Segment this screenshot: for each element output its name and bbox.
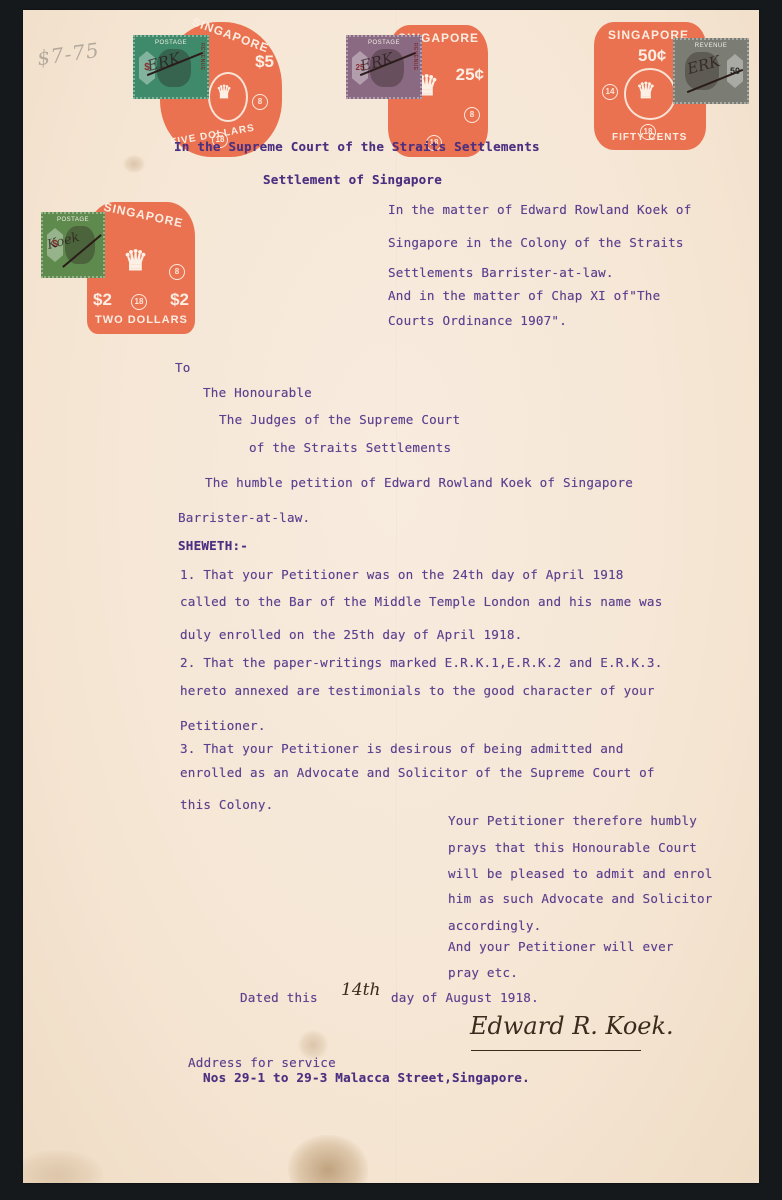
prayer-line: him as such Advocate and Solicitor [448,891,713,906]
paragraph-3-line: 3. That your Petitioner is desirous of b… [180,741,624,756]
addressee-line: of the Straits Settlements [249,440,451,455]
settlement-heading: Settlement of Singapore [263,172,442,187]
prayer-line: will be pleased to admit and enrol [448,866,713,881]
adhesive-stamp-twenty-five-cents: POSTAGE 25 ERK REVENUE [346,35,422,99]
pencil-annotation: $7-75 [36,38,101,70]
stamp-overprint: REVENUE [199,43,205,71]
stamp-overprint: REVENUE [412,43,418,71]
prayer-line: prays that this Honourable Court [448,840,697,855]
court-heading: In the Supreme Court of the Straits Sett… [174,139,540,154]
matter-line: Courts Ordinance 1907". [388,313,567,328]
petition-intro: The humble petition of Edward Rowland Ko… [205,475,633,490]
stamp-year-mark: 8 [464,107,480,123]
paragraph-1-line: duly enrolled on the 25th day of April 1… [180,627,522,642]
paragraph-1-line: called to the Bar of the Middle Temple L… [180,594,663,609]
addressee-to: To [175,360,191,375]
water-stain [288,1135,368,1183]
paragraph-2-line: Petitioner. [180,718,266,733]
stamp-denomination: 25¢ [456,65,484,85]
service-address: Nos 29-1 to 29-3 Malacca Street,Singapor… [203,1070,530,1085]
prayer-line: Your Petitioner therefore humbly [448,813,697,828]
sheweth-heading: SHEWETH:- [178,538,248,553]
stamp-bottom-text: FIFTY CENTS [612,132,687,143]
matter-line: And in the matter of Chap XI of"The [388,288,660,303]
stamp-year-mark: 18 [131,294,147,310]
dated-day-handwritten: 14th [341,980,380,1000]
stamp-year-mark: 8 [252,94,268,110]
crown-icon: ♛ [636,78,656,104]
water-stain [123,155,145,173]
matter-line: In the matter of Edward Rowland Koek of [388,202,692,217]
matter-line: Singapore in the Colony of the Straits [388,235,684,250]
stamp-denomination: $5 [255,52,274,72]
adhesive-stamp-fifty-cents: REVENUE 50 ERK [673,38,749,104]
petition-intro: Barrister-at-law. [178,510,310,525]
paragraph-2-line: 2. That the paper-writings marked E.R.K.… [180,655,663,670]
service-label: Address for service [188,1055,336,1070]
water-stain [23,1150,103,1183]
stamp-top-text: SINGAPORE [102,200,184,231]
adhesive-stamp-five-dollars: POSTAGE $ ERK REVENUE [133,35,209,99]
petition-document: $7-75 SINGAPORE $5 ♛ 8 18 FIVE DOLLARS P… [23,10,759,1183]
crown-icon: ♛ [123,244,148,277]
addressee-line: The Judges of the Supreme Court [219,412,460,427]
paragraph-3-line: enrolled as an Advocate and Solicitor of… [180,765,655,780]
prayer-line: And your Petitioner will ever [448,939,674,954]
stamp-denomination: 50¢ [638,46,666,66]
matter-line: Settlements Barrister-at-law. [388,265,614,280]
stamp-denomination-left: $2 [93,290,112,310]
prayer-line: pray etc. [448,965,518,980]
paragraph-3-line: this Colony. [180,797,273,812]
stamp-bottom-text: TWO DOLLARS [95,314,188,326]
stamp-denomination-right: $2 [170,290,189,310]
adhesive-stamp-two-dollars: POSTAGE $ Koek [41,212,105,278]
signature-underline [471,1050,641,1051]
crown-icon: ♛ [216,82,232,103]
paragraph-1-line: 1. That your Petitioner was on the 24th … [180,567,624,582]
paragraph-2-line: hereto annexed are testimonials to the g… [180,683,655,698]
stamp-year-mark: 14 [602,84,618,100]
dated-prefix: Dated this [240,990,318,1005]
dated-suffix: day of August 1918. [391,990,539,1005]
petitioner-signature: Edward R. Koek. [470,1012,674,1040]
stamp-year-mark: 8 [169,264,185,280]
addressee-line: The Honourable [203,385,312,400]
scan-background: $7-75 SINGAPORE $5 ♛ 8 18 FIVE DOLLARS P… [0,0,782,1200]
prayer-line: accordingly. [448,918,541,933]
